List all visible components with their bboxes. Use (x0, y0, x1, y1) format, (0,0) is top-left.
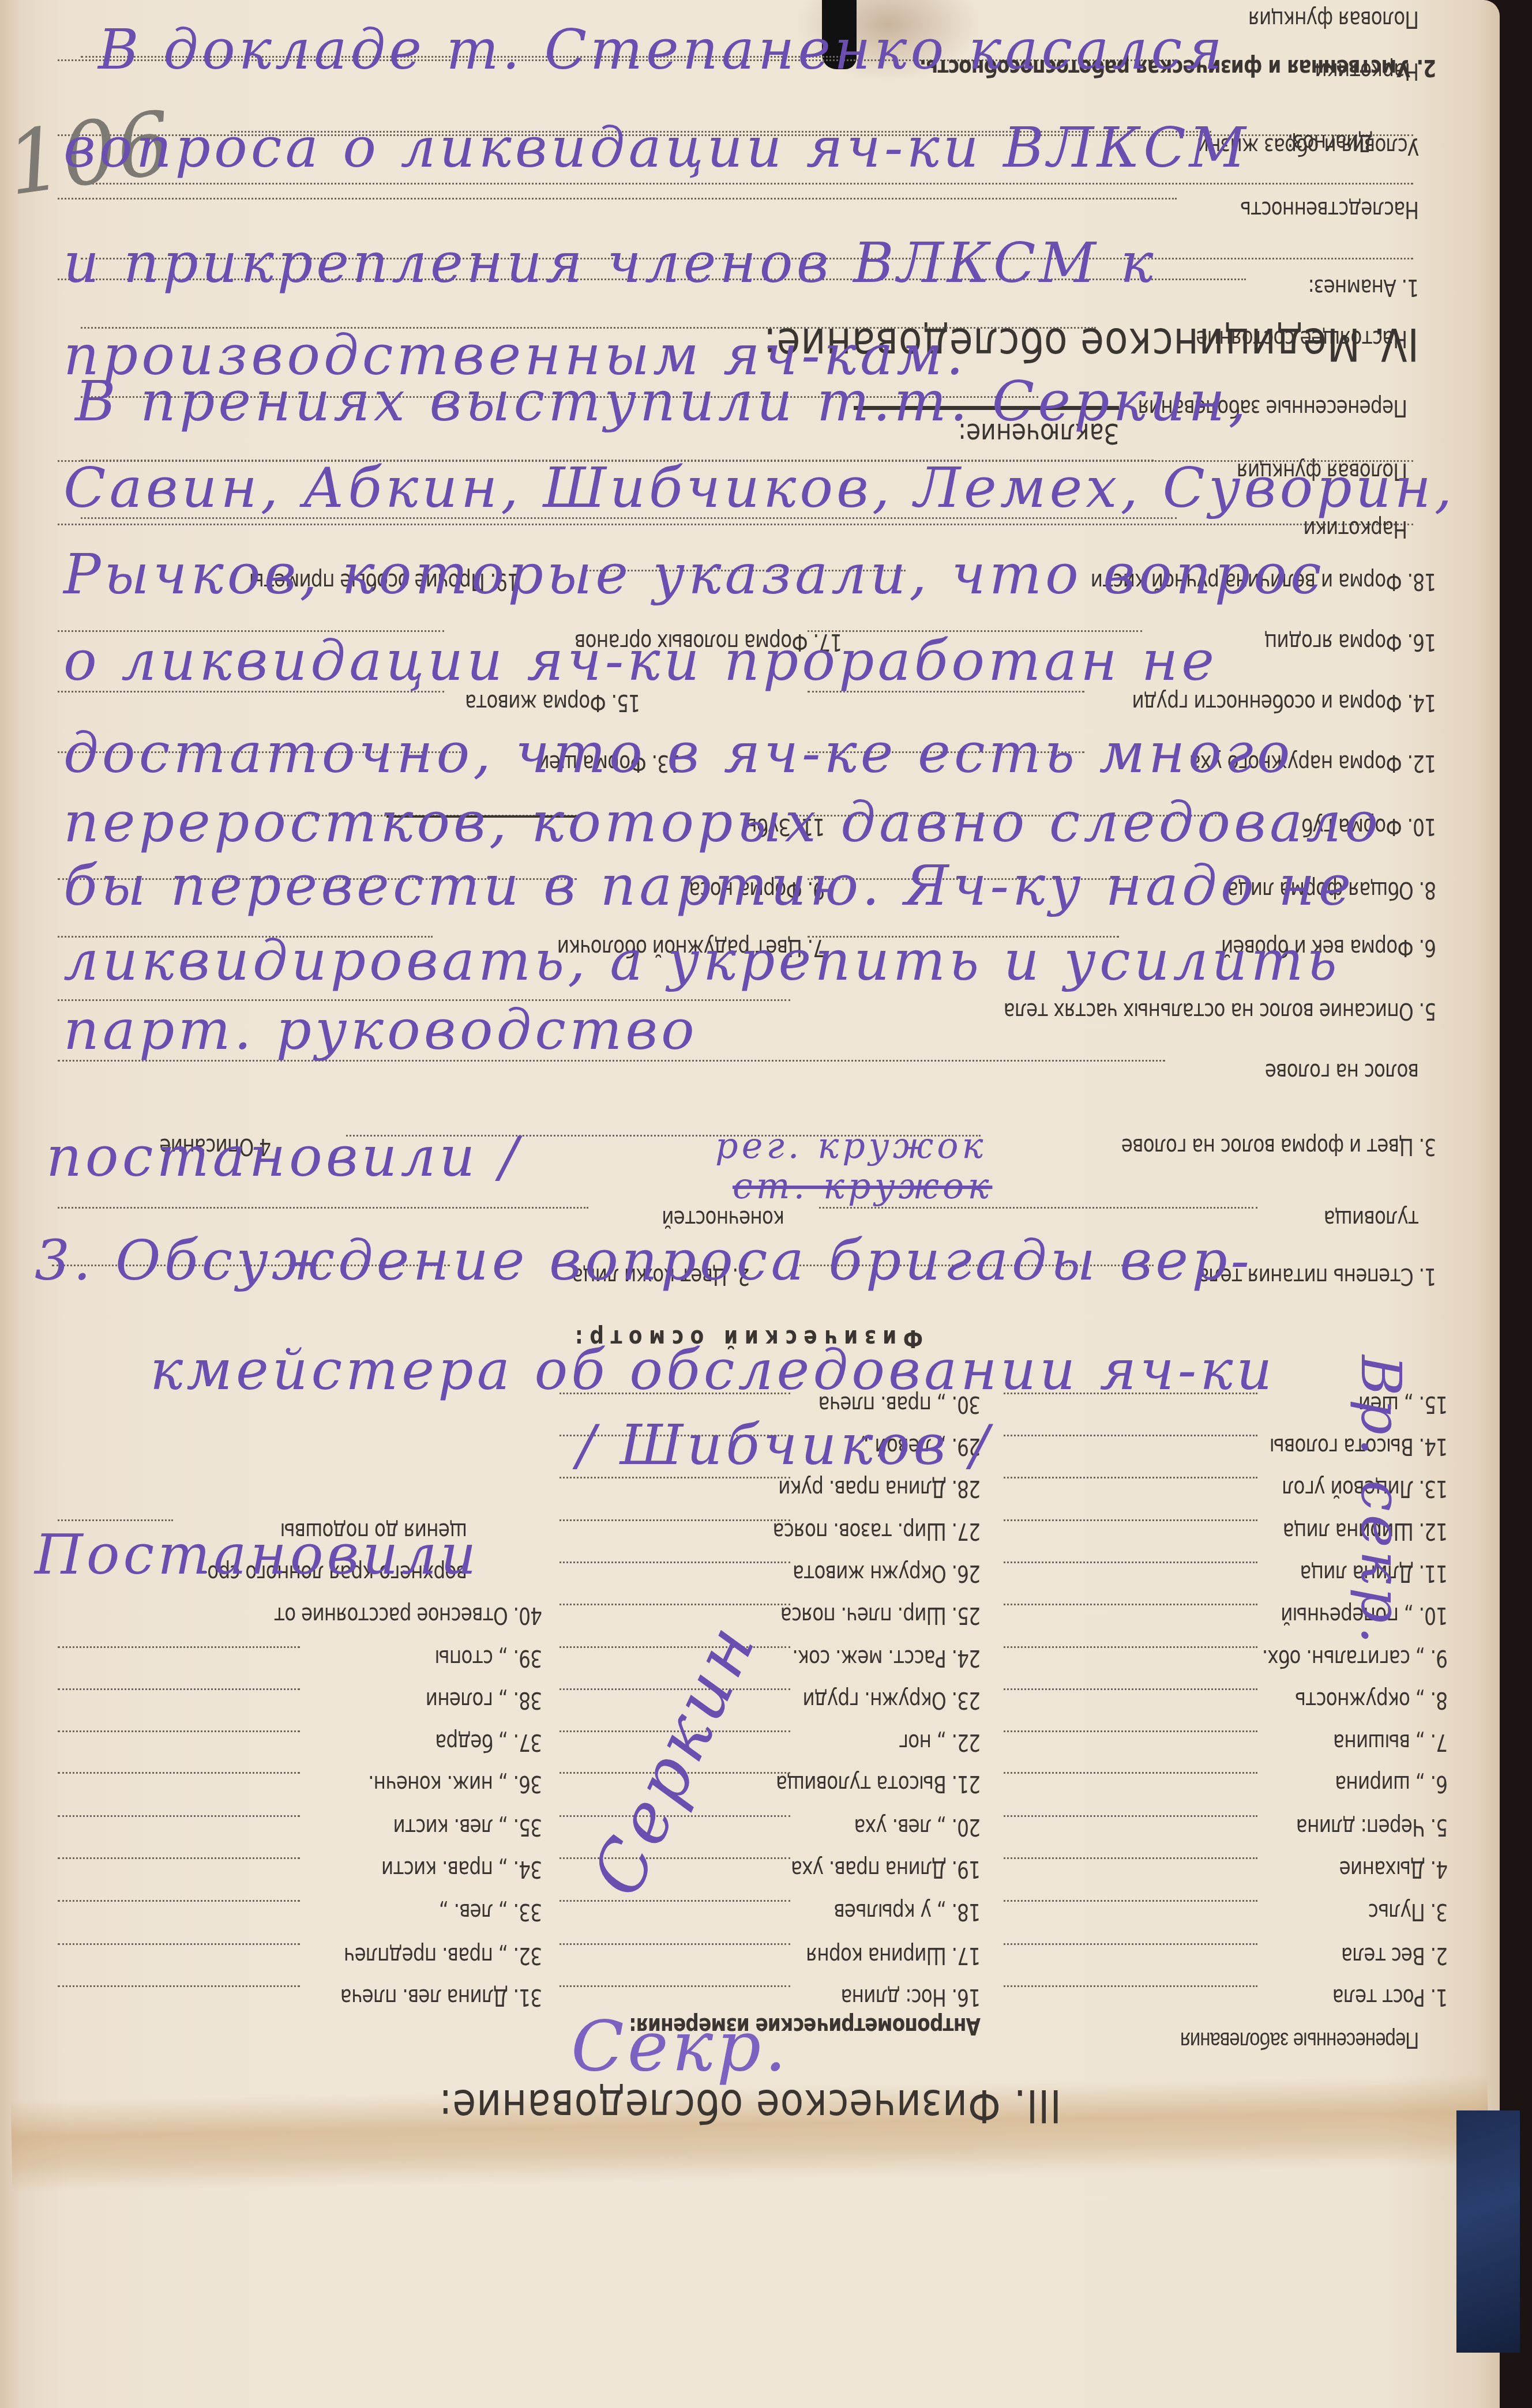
medical-label: Диагноз: (1287, 129, 1373, 156)
hw-line: и прикрепления членов ВЛКСМ к (63, 231, 1157, 295)
hw-line: о ликвидации яч-ки проработан не (63, 629, 1218, 693)
hw-line: ликвидировать, а укрепить и усилить (63, 928, 1340, 993)
hw-inserted-note: рег. кружок (715, 1124, 987, 1167)
hw-line: В докладе т. Степаненко касался (98, 17, 1226, 82)
hw-resolved: Постановили (35, 1522, 479, 1587)
hw-line: вопроса о ликвидации яч-ки ВЛКСМ (63, 115, 1249, 180)
hw-line: / Шибчиков / (577, 1413, 992, 1477)
fill-line (81, 183, 1413, 185)
hw-line: В прениях выступили т.т. Серкин, (75, 369, 1249, 434)
hw-line: 3. Обсуждение вопроса бригады вер- (35, 1228, 1253, 1293)
signature-secretary: Секр. (571, 2007, 790, 2087)
medical-label: Перенесенные заболевания (1181, 2027, 1419, 2053)
hw-line: парт. руководство (63, 998, 698, 1062)
hw-line: достаточно, что в яч-ке есть много (63, 721, 1293, 785)
hw-margin-note: Вр. секр. (1349, 1355, 1413, 1647)
hw-line: Савин, Абкин, Шибчиков, Лемех, Суворин, (63, 456, 1455, 520)
hw-line: кмейстера об обследовании яч-ки (150, 1338, 1275, 1402)
hw-line: Рычков, которые указали, что вопрос (63, 542, 1325, 607)
medical-label: Настоящее состояние (1196, 325, 1407, 352)
hw-line: переростков, которых давно следовало (63, 790, 1381, 855)
hw-crossed-out: ст. кружок (733, 1165, 992, 1207)
hw-resolved: постановили / (46, 1124, 521, 1189)
document-sheet: III. Физическое обследование: Антропомет… (0, 0, 1500, 2408)
blue-folder-edge (1456, 2110, 1520, 2353)
hw-line: бы перевести в партию. Яч-ку надо не (63, 853, 1354, 918)
